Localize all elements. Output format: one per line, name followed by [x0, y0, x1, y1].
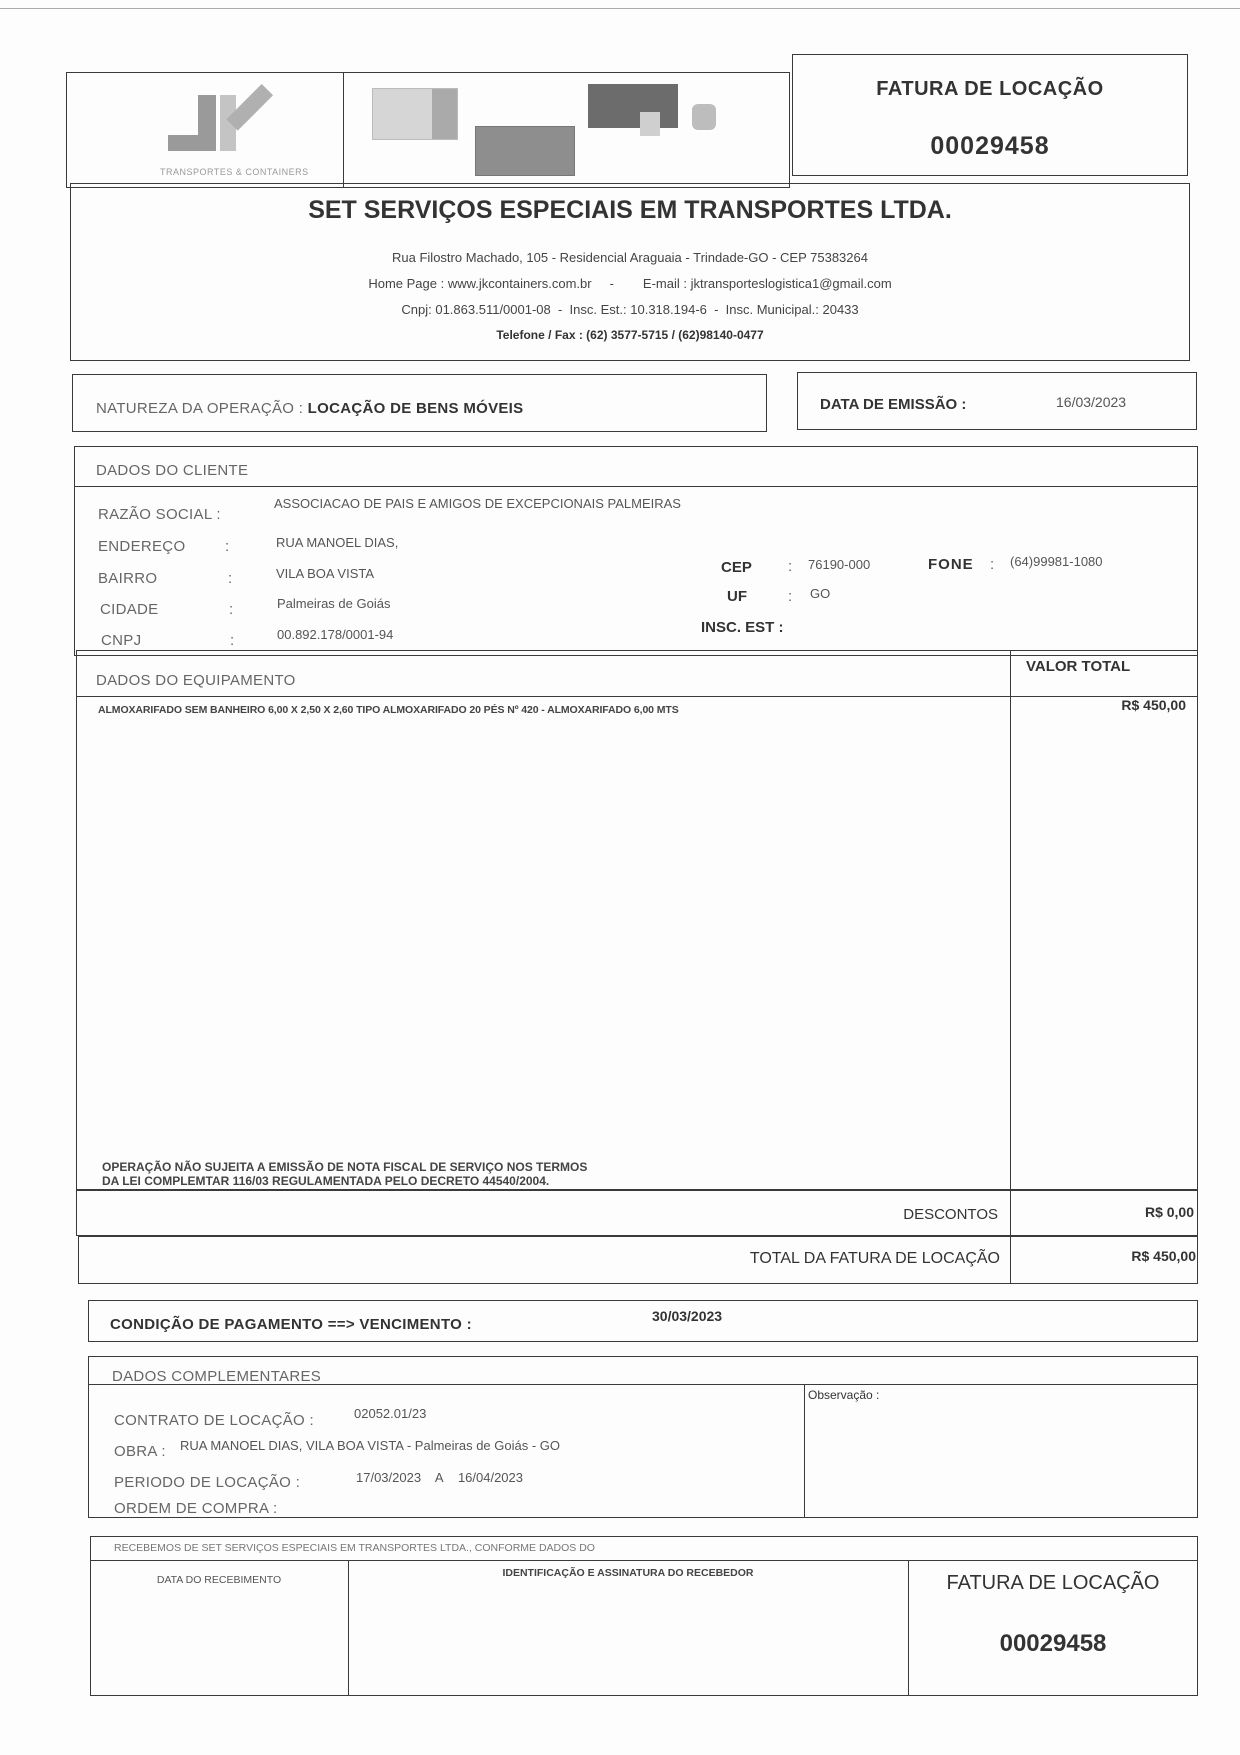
cidade-value: Palmeiras de Goiás — [277, 596, 390, 611]
observacao-label: Observação : — [808, 1388, 879, 1402]
discount-label: DESCONTOS — [800, 1206, 998, 1223]
company-web-email: Home Page : www.jkcontainers.com.br - E-… — [70, 276, 1190, 291]
legal-note: OPERAÇÃO NÃO SUJEITA A EMISSÃO DE NOTA F… — [102, 1160, 587, 1188]
contrato-value: 02052.01/23 — [354, 1406, 426, 1421]
issue-date-label: DATA DE EMISSÃO : — [820, 396, 966, 413]
payment-label: CONDIÇÃO DE PAGAMENTO ==> VENCIMENTO : — [110, 1316, 472, 1333]
invoice-number: 00029458 — [792, 132, 1188, 161]
complementary-section-title: DADOS COMPLEMENTARES — [112, 1368, 321, 1385]
company-registrations: Cnpj: 01.863.511/0001-08 - Insc. Est.: 1… — [70, 302, 1190, 317]
company-address: Rua Filostro Machado, 105 - Residencial … — [70, 250, 1190, 265]
valor-total-header: VALOR TOTAL — [1026, 658, 1130, 675]
periodo-value: 17/03/2023 A 16/04/2023 — [356, 1470, 523, 1485]
cnpj-label: CNPJ — [101, 632, 141, 649]
homepage-link[interactable]: www.jkcontainers.com.br — [448, 276, 592, 291]
endereco-value: RUA MANOEL DIAS, — [276, 535, 398, 550]
equipment-description: ALMOXARIFADO SEM BANHEIRO 6,00 X 2,50 X … — [98, 704, 679, 716]
cnpj-value: 00.892.178/0001-94 — [277, 627, 393, 642]
equipment-box — [76, 650, 1198, 1190]
discount-value: R$ 0,00 — [1010, 1204, 1194, 1220]
periodo-label: PERIODO DE LOCAÇÃO : — [114, 1474, 300, 1491]
bairro-label: BAIRRO — [98, 570, 157, 587]
receipt-invoice-number: 00029458 — [908, 1630, 1198, 1658]
receipt-signature-label: IDENTIFICAÇÃO E ASSINATURA DO RECEBEDOR — [348, 1567, 908, 1579]
email-link[interactable]: jktransporteslogistica1@gmail.com — [691, 276, 892, 291]
receipt-date-label: DATA DO RECEBIMENTO — [90, 1574, 348, 1586]
razao-value: ASSOCIACAO DE PAIS E AMIGOS DE EXCEPCION… — [274, 496, 681, 511]
fone-value: (64)99981-1080 — [1010, 554, 1103, 569]
company-name: SET SERVIÇOS ESPECIAIS EM TRANSPORTES LT… — [70, 196, 1190, 225]
operation-row: NATUREZA DA OPERAÇÃO : LOCAÇÃO DE BENS M… — [96, 400, 523, 417]
equipment-value: R$ 450,00 — [1010, 697, 1186, 713]
equipment-section-title: DADOS DO EQUIPAMENTO — [96, 672, 296, 689]
operation-value: LOCAÇÃO DE BENS MÓVEIS — [308, 400, 524, 417]
logo-tagline: TRANSPORTES & CONTAINERS — [160, 167, 309, 177]
razao-label: RAZÃO SOCIAL : — [98, 506, 221, 523]
invoice-title: FATURA DE LOCAÇÃO — [792, 78, 1188, 101]
obra-label: OBRA : — [114, 1443, 166, 1460]
client-section-title: DADOS DO CLIENTE — [96, 462, 248, 479]
due-date: 30/03/2023 — [652, 1308, 722, 1324]
total-label: TOTAL DA FATURA DE LOCAÇÃO — [700, 1250, 1000, 1268]
endereco-label: ENDEREÇO — [98, 538, 185, 555]
fone-label: FONE — [928, 556, 974, 573]
ordem-label: ORDEM DE COMPRA : — [114, 1500, 277, 1517]
cidade-label: CIDADE — [100, 601, 158, 618]
jk-logo — [150, 95, 300, 165]
receipt-invoice-title: FATURA DE LOCAÇÃO — [908, 1572, 1198, 1595]
bairro-value: VILA BOA VISTA — [276, 566, 374, 581]
insc-est-label: INSC. EST : — [701, 619, 784, 636]
cep-value: 76190-000 — [808, 557, 870, 572]
scan-edge — [0, 8, 1240, 9]
uf-value: GO — [810, 586, 830, 601]
cep-label: CEP — [721, 559, 752, 576]
obra-value: RUA MANOEL DIAS, VILA BOA VISTA - Palmei… — [180, 1438, 560, 1453]
receipt-statement: RECEBEMOS DE SET SERVIÇOS ESPECIAIS EM T… — [114, 1542, 595, 1554]
contrato-label: CONTRATO DE LOCAÇÃO : — [114, 1412, 314, 1429]
total-value: R$ 450,00 — [1010, 1248, 1196, 1264]
company-phone: Telefone / Fax : (62) 3577-5715 / (62)98… — [70, 328, 1190, 342]
uf-label: UF — [727, 588, 747, 605]
issue-date: 16/03/2023 — [1056, 394, 1126, 410]
